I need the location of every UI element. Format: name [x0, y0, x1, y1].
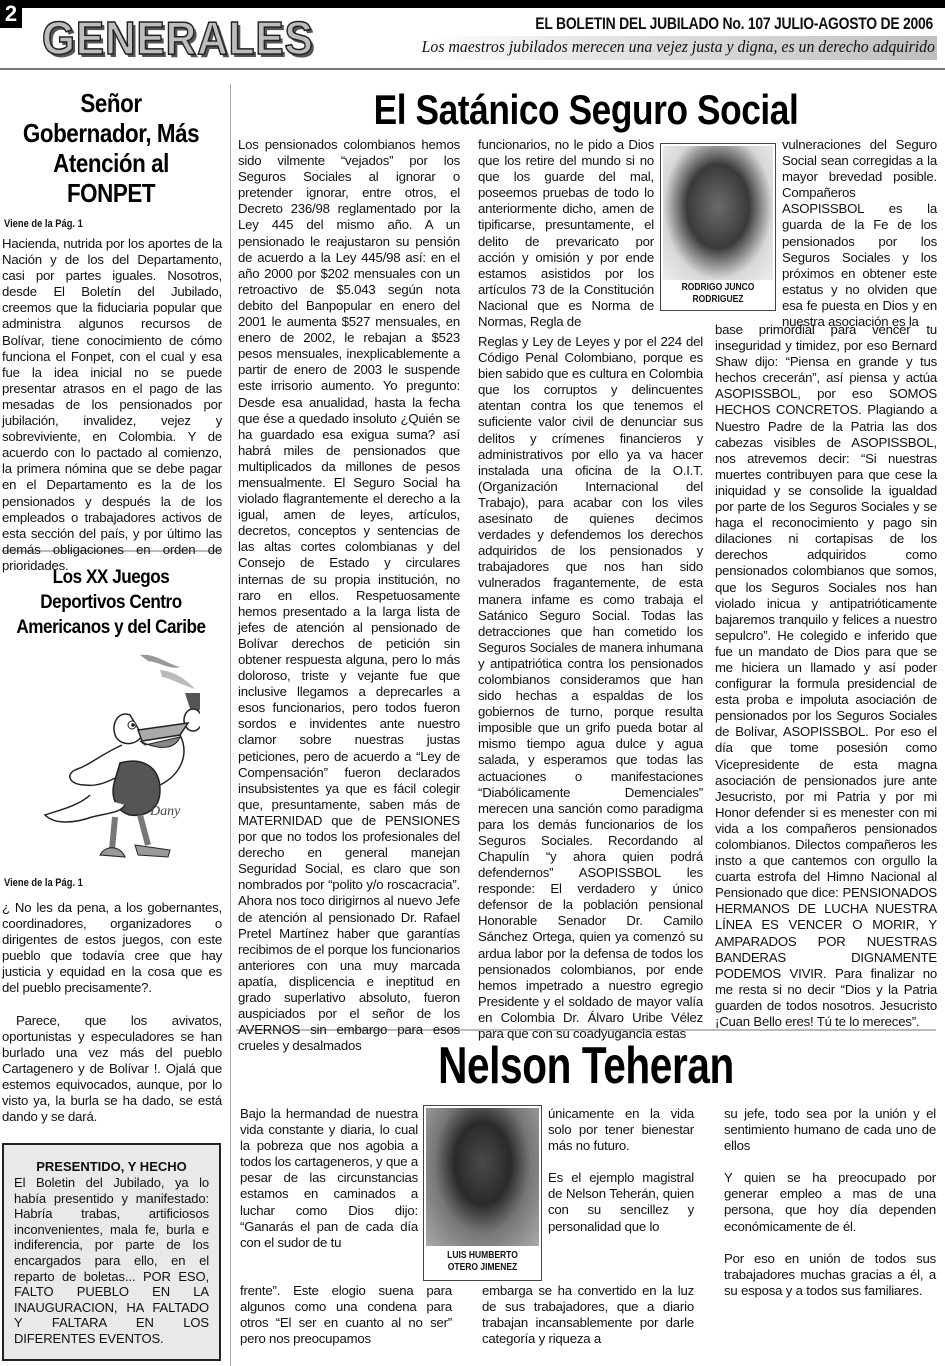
gobernador-headline: Señor Gobernador, Más Atención al FONPET [16, 88, 207, 208]
juegos-kicker: Viene de la Pág. 1 [4, 877, 83, 889]
nelson-headline: Nelson Teheran [313, 1036, 859, 1096]
satanico-column-1: Los pensionados colombianos hemos sido v… [238, 137, 460, 1054]
column-divider-left [230, 84, 231, 1366]
photo-caption: LUIS HUMBERTO OTERO JIMENEZ [433, 1250, 532, 1274]
satanico-column-2-top: funcionarios, no le pido a Dios que los … [478, 137, 654, 330]
photo-caption: RODRIGO JUNCO RODRIGUEZ [670, 282, 767, 306]
satanico-headline: El Satánico Seguro Social [292, 84, 880, 136]
section-title: GENERALES [42, 14, 314, 62]
issue-line: EL BOLETIN DEL JUBILADO No. 107 JULIO-AG… [535, 14, 933, 34]
satanico-column-3-top: vulneraciones del Seguro Social sean cor… [782, 137, 937, 330]
masthead-rule [0, 68, 945, 70]
page-number: 2 [0, 0, 22, 28]
juegos-paragraph: Parece, que los avivatos, oportunistas y… [2, 1013, 222, 1126]
portrait-image [663, 146, 773, 280]
tagline: Los maestros jubilados merecen una vejez… [422, 37, 935, 57]
juegos-headline: Los XX Juegos Deportivos Centro American… [11, 565, 211, 640]
satanico-column-2-bottom: Reglas y Ley de Leyes y por el 224 del C… [478, 334, 703, 1042]
presentido-box: PRESENTIDO, Y HECHO El Boletin del Jubil… [2, 1143, 221, 1361]
presentido-box-title: PRESENTIDO, Y HECHO [14, 1159, 209, 1174]
satanico-column-3-bottom: base primordial para vencer tu insegurid… [715, 322, 937, 1030]
luis-otero-photo: LUIS HUMBERTO OTERO JIMENEZ [423, 1105, 542, 1281]
rodrigo-junco-photo: RODRIGO JUNCO RODRIGUEZ [660, 143, 776, 311]
nelson-column-2-bottom: embarga se ha convertido en la luz de su… [482, 1283, 694, 1347]
juegos-paragraph: ¿ No les da pena, a los gobernantes, coo… [2, 900, 222, 997]
nelson-column-2-top: únicamente en la vida solo por tener bie… [548, 1106, 694, 1235]
juegos-body: ¿ No les da pena, a los gobernantes, coo… [2, 900, 222, 1125]
nelson-column-1-bottom: frente”. Este elogio suena para algunos … [240, 1283, 452, 1347]
gobernador-kicker: Viene de la Pág. 1 [4, 218, 83, 230]
gobernador-body: Hacienda, nutrida por los aportes de la … [2, 236, 222, 574]
masthead-top-bar [10, 0, 945, 8]
portrait-image [426, 1108, 539, 1246]
nelson-column-3: su jefe, todo sea por la unión y el sent… [724, 1106, 936, 1299]
nelson-column-1-top: Bajo la hermandad de nuestra vida consta… [240, 1106, 418, 1251]
pelican-mascot-icon: Dany [30, 645, 200, 870]
presentido-box-body: El Boletin del Jubilado, ya lo había pre… [14, 1175, 209, 1347]
svg-text:Dany: Dany [149, 804, 181, 819]
